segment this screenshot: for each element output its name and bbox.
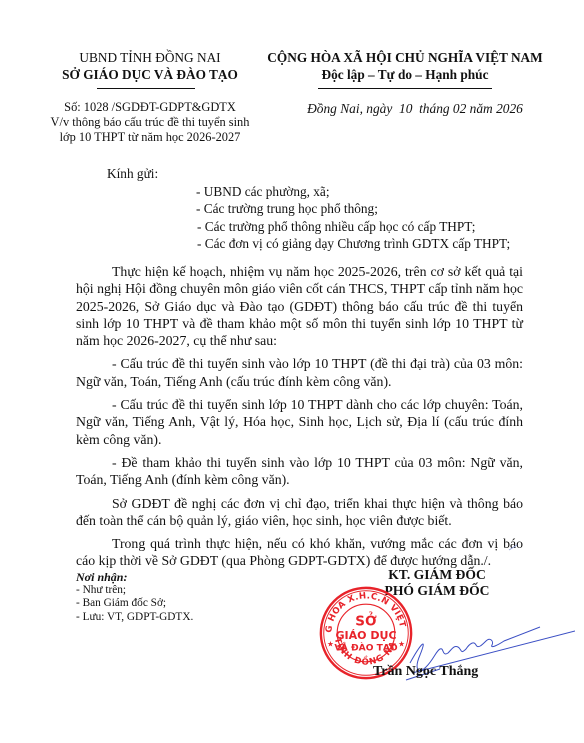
date-line: Đồng Nai, ngày 10 tháng 02 năm 2026 <box>300 101 530 117</box>
subject-line-2: lớp 10 THPT từ năm học 2026-2027 <box>40 130 260 145</box>
body-paragraph: - Đề tham khảo thi tuyển sinh vào lớp 10… <box>76 454 523 489</box>
distribution-item: - Như trên; <box>76 584 193 597</box>
svg-text:VÀ ĐÀO TẠO: VÀ ĐÀO TẠO <box>334 641 398 653</box>
issuing-authority-block: UBND TỈNH ĐỒNG NAI SỞ GIÁO DỤC VÀ ĐÀO TẠ… <box>40 49 260 83</box>
recipient-item: - Các đơn vị có giảng dạy Chương trình G… <box>197 236 510 252</box>
on-behalf-title: KT. GIÁM ĐỐC <box>318 567 556 583</box>
department-name: SỞ GIÁO DỤC VÀ ĐÀO TẠO <box>40 66 260 83</box>
distribution-item: - Ban Giám đốc Sở; <box>76 597 193 610</box>
recipients-label: Kính gửi: <box>107 166 158 182</box>
recipient-item: - Các trường phổ thông nhiều cấp học có … <box>197 219 475 235</box>
distribution-list: Nơi nhận: - Như trên; - Ban Giám đốc Sở;… <box>76 571 193 624</box>
distribution-title: Nơi nhận: <box>76 571 193 584</box>
document-number: Số: 1028 /SGDĐT-GDPT&GDTX <box>40 100 260 115</box>
recipient-item: - UBND các phường, xã; <box>196 184 330 200</box>
document-reference-block: Số: 1028 /SGDĐT-GDPT&GDTX V/v thông báo … <box>40 100 260 145</box>
body-paragraph: Thực hiện kế hoạch, nhiệm vụ năm học 202… <box>76 263 523 349</box>
body-paragraph: - Cấu trúc đề thi tuyển sinh lớp 10 THPT… <box>76 396 523 448</box>
nation-title: CỘNG HÒA XÃ HỘI CHỦ NGHĨA VIỆT NAM <box>255 49 555 66</box>
body-paragraph: Trong quá trình thực hiện, nếu có khó kh… <box>76 535 523 570</box>
svg-text:SỞ: SỞ <box>355 610 377 629</box>
document-body: Thực hiện kế hoạch, nhiệm vụ năm học 202… <box>76 263 523 570</box>
svg-text:★: ★ <box>398 639 405 648</box>
right-header-rule <box>318 88 492 89</box>
svg-text:GIÁO DỤC: GIÁO DỤC <box>335 629 396 642</box>
authority-name: UBND TỈNH ĐỒNG NAI <box>40 49 260 66</box>
body-paragraph: Sở GDĐT đề nghị các đơn vị chỉ đạo, triể… <box>76 495 523 530</box>
body-paragraph: - Cấu trúc đề thi tuyển sinh vào lớp 10 … <box>76 355 523 390</box>
distribution-item: - Lưu: VT, GDPT-GDTX. <box>76 611 193 624</box>
end-mark-icon <box>508 543 518 551</box>
svg-text:★: ★ <box>327 639 334 648</box>
national-header-block: CỘNG HÒA XÃ HỘI CHỦ NGHĨA VIỆT NAM Độc l… <box>255 49 555 83</box>
signer-name: Trần Ngọc Thắng <box>373 664 478 680</box>
left-header-rule <box>97 88 195 89</box>
subject-line-1: V/v thông báo cấu trúc đề thi tuyển sinh <box>40 115 260 130</box>
national-motto: Độc lập – Tự do – Hạnh phúc <box>255 66 555 83</box>
recipient-item: - Các trường trung học phổ thông; <box>196 201 378 217</box>
